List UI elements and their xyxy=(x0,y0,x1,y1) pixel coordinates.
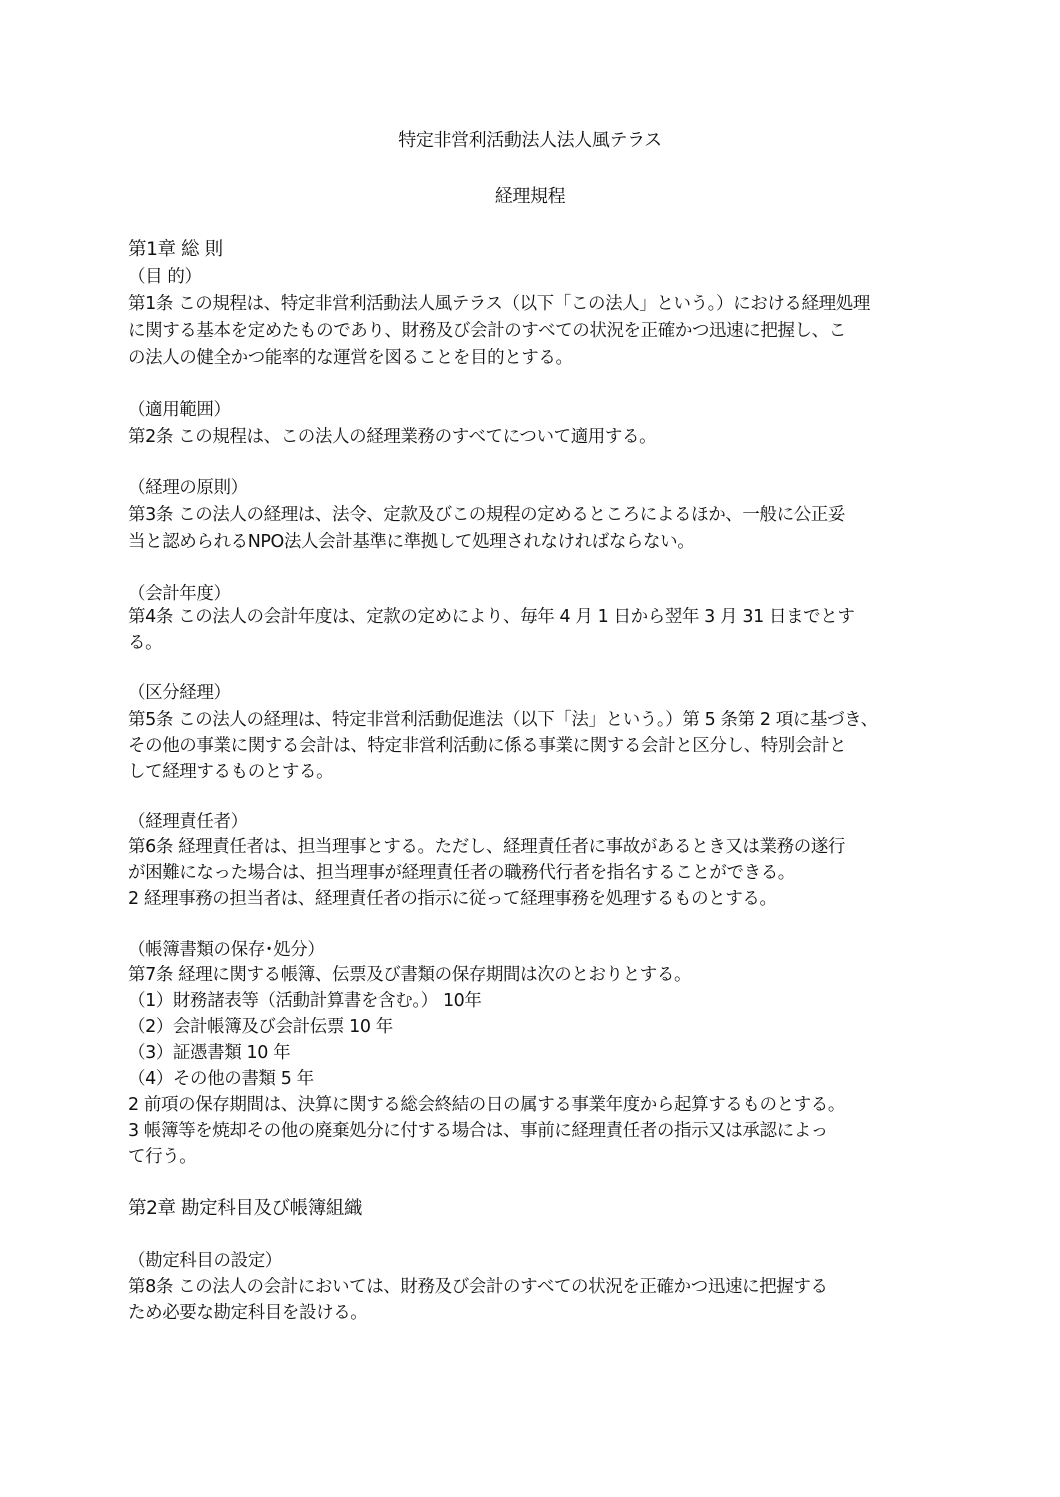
article-1-caption: （目 的） xyxy=(128,264,202,290)
chapter-1-heading: 第1章 総 則 xyxy=(128,237,223,263)
article-7-list-item: （3）証憑書類 10 年 xyxy=(128,1040,290,1066)
article-7-text: 2 前項の保存期間は、決算に関する総会終結の日の属する事業年度から起算するものと… xyxy=(128,1092,845,1118)
article-2-caption: （適用範囲） xyxy=(128,397,231,423)
article-8-text: 第8条 この法人の会計においては、財務及び会計のすべての状況を正確かつ迅速に把握… xyxy=(128,1274,828,1300)
article-8-caption: （勘定科目の設定） xyxy=(128,1248,282,1274)
article-4-text: る。 xyxy=(128,630,162,656)
article-6-text: 2 経理事務の担当者は、経理責任者の指示に従って経理事務を処理するものとする。 xyxy=(128,886,777,912)
article-3-text: 第3条 この法人の経理は、法令、定款及びこの規程の定めるところによるほか、一般に… xyxy=(128,502,845,528)
article-6-text: 第6条 経理責任者は、担当理事とする。ただし、経理責任者に事故があるとき又は業務… xyxy=(128,834,845,860)
article-6-text: が困難になった場合は、担当理事が経理責任者の職務代行者を指名することができる。 xyxy=(128,860,795,886)
article-5-text: 第5条 この法人の経理は、特定非営利活動促進法（以下「法」という。）第 5 条第… xyxy=(128,707,878,733)
article-7-list-item: （1）財務諸表等（活動計算書を含む。） 10年 xyxy=(128,988,482,1014)
article-7-text: て行う。 xyxy=(128,1144,196,1170)
article-2-text: 第2条 この規程は、この法人の経理業務のすべてについて適用する。 xyxy=(128,424,656,450)
article-5-text: して経理するものとする。 xyxy=(128,759,333,785)
article-7-caption: （帳簿書類の保存･処分） xyxy=(128,937,324,963)
article-3-text: 当と認められるNPO法人会計基準に準拠して処理されなければならない。 xyxy=(128,529,694,555)
article-5-caption: （区分経理） xyxy=(128,680,231,706)
article-8-text: ため必要な勘定科目を設ける。 xyxy=(128,1300,367,1326)
document-page: 特定非営利活動法人法人風テラス 経理規程 第1章 総 則 （目 的） 第1条 こ… xyxy=(0,0,1060,1497)
chapter-2-heading: 第2章 勘定科目及び帳簿組織 xyxy=(128,1196,362,1222)
article-1-text: の法人の健全かつ能率的な運営を図ることを目的とする。 xyxy=(128,345,573,371)
article-7-list-item: （4）その他の書類 5 年 xyxy=(128,1066,314,1092)
article-1-text: 第1条 この規程は、特定非営利活動法人風テラス（以下「この法人」という。）におけ… xyxy=(128,291,870,317)
article-6-caption: （経理責任者） xyxy=(128,809,248,835)
article-7-text: 第7条 経理に関する帳簿、伝票及び書類の保存期間は次のとおりとする。 xyxy=(128,962,691,988)
article-4-text: 第4条 この法人の会計年度は、定款の定めにより、毎年 4 月 1 日から翌年 3… xyxy=(128,604,854,630)
article-3-caption: （経理の原則） xyxy=(128,475,248,501)
organization-name: 特定非営利活動法人法人風テラス xyxy=(0,128,1060,154)
document-title: 経理規程 xyxy=(0,184,1060,210)
article-5-text: その他の事業に関する会計は、特定非営利活動に係る事業に関する会計と区分し、特別会… xyxy=(128,733,846,759)
article-1-text: に関する基本を定めたものであり、財務及び会計のすべての状況を正確かつ迅速に把握し… xyxy=(128,318,846,344)
article-7-text: 3 帳簿等を焼却その他の廃棄処分に付する場合は、事前に経理責任者の指示又は承認に… xyxy=(128,1118,828,1144)
article-7-list-item: （2）会計帳簿及び会計伝票 10 年 xyxy=(128,1014,393,1040)
